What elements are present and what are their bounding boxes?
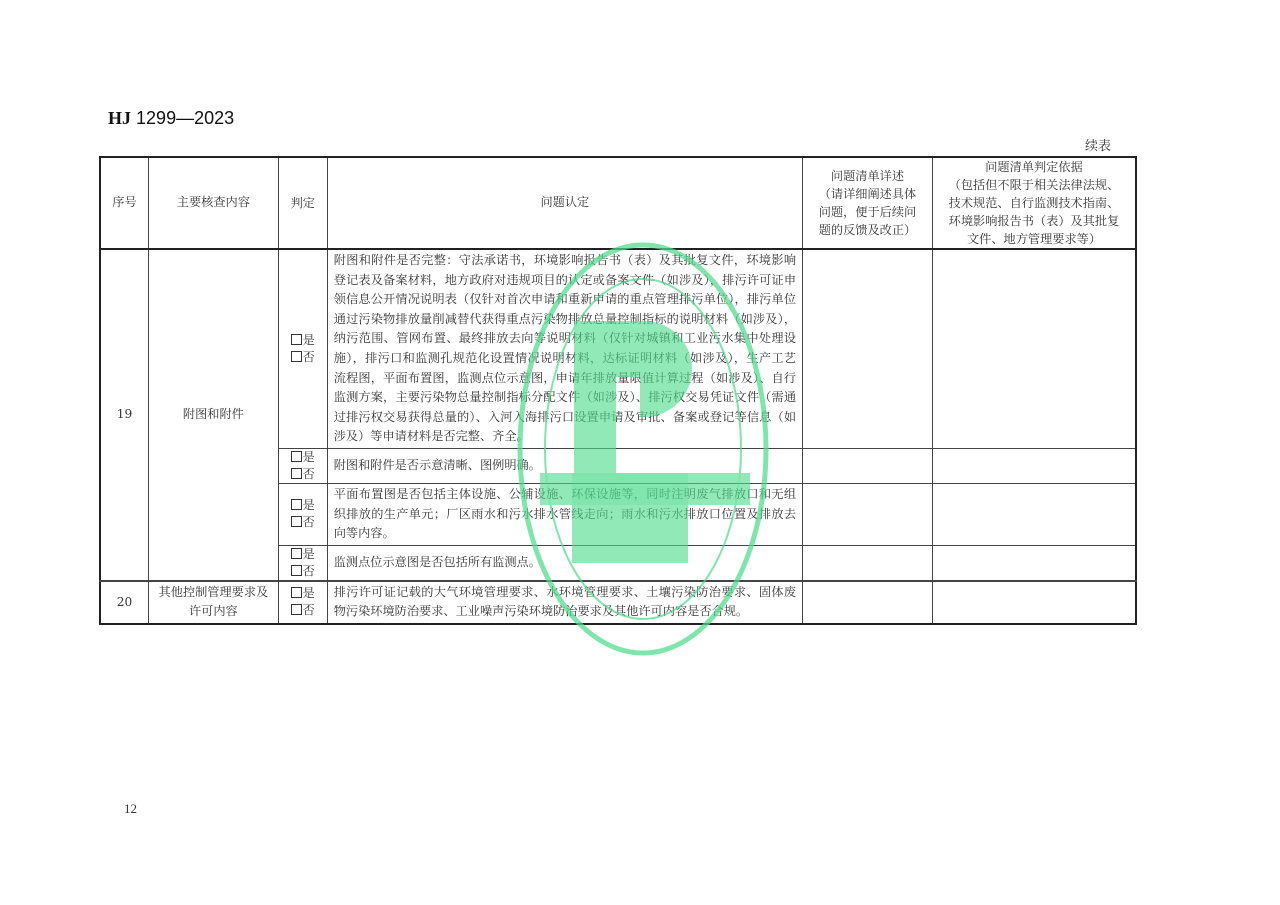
checkbox-square-icon[interactable] [291,565,302,576]
judgement-cell: 是否 [278,581,327,624]
page-number: 12 [124,801,137,817]
yes-label: 是 [303,498,315,512]
no-label: 否 [303,564,315,578]
judgement-cell: 是否 [278,483,327,545]
problem-detail-cell[interactable] [803,581,933,624]
checkbox-square-icon[interactable] [291,351,302,362]
col-header-number: 序号 [100,157,148,249]
problem-detail-cell[interactable] [803,483,933,545]
judgement-cell: 是否 [278,448,327,483]
checkbox-square-icon[interactable] [291,334,302,345]
checkbox-square-icon[interactable] [291,499,302,510]
row-number: 20 [100,581,148,624]
yes-checkbox[interactable]: 是 [285,449,321,466]
col-header-main-content: 主要核查内容 [148,157,278,249]
checkbox-square-icon[interactable] [291,516,302,527]
main-check-content: 附图和附件 [148,249,278,581]
problem-identification-cell: 附图和附件是否示意清晰、图例明确。 [327,448,802,483]
col-header-problem-basis: 问题清单判定依据 （包括但不限于相关法律法规、 技术规范、自行监测技术指南、 环… [932,157,1136,249]
row-number: 19 [100,249,148,581]
table-header-row: 序号 主要核查内容 判定 问题认定 问题清单详述 （请详细阐述具体 问题，便于后… [100,157,1136,249]
continued-table-label: 续表 [1085,135,1111,154]
no-label: 否 [303,515,315,529]
yes-label: 是 [303,586,315,600]
no-checkbox[interactable]: 否 [285,514,321,531]
problem-basis-cell[interactable] [932,483,1136,545]
main-check-content: 其他控制管理要求及许可内容 [148,581,278,624]
yes-label: 是 [303,333,315,347]
checkbox-square-icon[interactable] [291,468,302,479]
checkbox-square-icon[interactable] [291,604,302,615]
table-row: 19附图和附件是否附图和附件是否完整：守法承诺书，环境影响报告书（表）及其批复文… [100,249,1136,448]
standard-code: HJ 1299—2023 [108,108,234,129]
checkbox-square-icon[interactable] [291,451,302,462]
no-checkbox[interactable]: 否 [285,466,321,483]
problem-identification-cell: 排污许可证记载的大气环境管理要求、水环境管理要求、土壤污染防治要求、固体废物污染… [327,581,802,624]
yes-label: 是 [303,450,315,464]
problem-basis-cell[interactable] [932,545,1136,581]
problem-basis-cell[interactable] [932,448,1136,483]
problem-identification-text: 附图和附件是否完整：守法承诺书，环境影响报告书（表）及其批复文件，环境影响登记表… [334,250,796,448]
problem-basis-cell[interactable] [932,581,1136,624]
no-label: 否 [303,603,315,617]
no-checkbox[interactable]: 否 [285,602,321,619]
no-checkbox[interactable]: 否 [285,563,321,580]
judgement-cell: 是否 [278,545,327,581]
yes-checkbox[interactable]: 是 [285,585,321,602]
no-label: 否 [303,467,315,481]
problem-identification-cell: 监测点位示意图是否包括所有监测点。 [327,545,802,581]
no-label: 否 [303,350,315,364]
problem-identification-text: 平面布置图是否包括主体设施、公辅设施、环保设施等，同时注明废气排放口和无组织排放… [334,484,796,545]
table-row: 20其他控制管理要求及许可内容是否排污许可证记载的大气环境管理要求、水环境管理要… [100,581,1136,624]
yes-checkbox[interactable]: 是 [285,546,321,563]
checkbox-square-icon[interactable] [291,548,302,559]
inspection-table: 序号 主要核查内容 判定 问题认定 问题清单详述 （请详细阐述具体 问题，便于后… [99,156,1137,625]
col-header-judgement: 判定 [278,157,327,249]
judgement-cell: 是否 [278,249,327,448]
problem-detail-cell[interactable] [803,448,933,483]
yes-checkbox[interactable]: 是 [285,497,321,514]
col-header-problem-detail: 问题清单详述 （请详细阐述具体 问题，便于后续问 题的反馈及改正） [803,157,933,249]
problem-detail-cell[interactable] [803,249,933,448]
col-header-problem-identification: 问题认定 [327,157,802,249]
checkbox-square-icon[interactable] [291,587,302,598]
standard-prefix: HJ [108,108,131,128]
problem-detail-cell[interactable] [803,545,933,581]
problem-identification-text: 监测点位示意图是否包括所有监测点。 [334,552,796,574]
problem-basis-cell[interactable] [932,249,1136,448]
problem-identification-text: 附图和附件是否示意清晰、图例明确。 [334,455,796,477]
problem-identification-cell: 附图和附件是否完整：守法承诺书，环境影响报告书（表）及其批复文件，环境影响登记表… [327,249,802,448]
problem-identification-cell: 平面布置图是否包括主体设施、公辅设施、环保设施等，同时注明废气排放口和无组织排放… [327,483,802,545]
problem-identification-text: 排污许可证记载的大气环境管理要求、水环境管理要求、土壤污染防治要求、固体废物污染… [334,582,796,623]
yes-checkbox[interactable]: 是 [285,332,321,349]
yes-label: 是 [303,547,315,561]
no-checkbox[interactable]: 否 [285,349,321,366]
standard-number: 1299—2023 [136,108,234,128]
